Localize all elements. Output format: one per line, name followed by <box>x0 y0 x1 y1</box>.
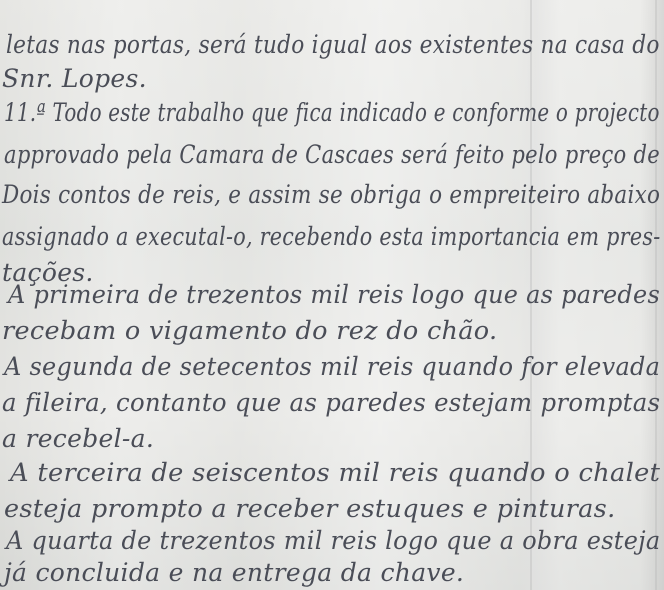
manuscript-line: assignado a executal-o, recebendo esta i… <box>2 222 660 251</box>
manuscript-line: já concluida e na entrega da chave. <box>4 558 464 587</box>
manuscript-line: letas nas portas, será tudo igual aos ex… <box>6 30 660 59</box>
manuscript-line: esteja prompto a receber estuques e pint… <box>4 494 615 523</box>
manuscript-page: letas nas portas, será tudo igual aos ex… <box>0 0 664 590</box>
manuscript-line: A terceira de seiscentos mil reis quando… <box>10 458 660 487</box>
manuscript-line: A segunda de setecentos mil reis quando … <box>4 352 660 381</box>
manuscript-line: Snr. Lopes. <box>2 64 147 93</box>
manuscript-line: a fileira, contanto que as paredes estej… <box>2 388 660 417</box>
manuscript-line: recebam o vigamento do rez do chão. <box>2 316 497 345</box>
manuscript-line: A primeira de trezentos mil reis logo qu… <box>8 280 660 309</box>
manuscript-line: a recebel-a. <box>2 424 154 453</box>
manuscript-line: Dois contos de reis, e assim se obriga o… <box>2 180 660 209</box>
manuscript-line: approvado pela Camara de Cascaes será fe… <box>4 140 660 169</box>
manuscript-line: 11.ª Todo este trabalho que fica indicad… <box>4 98 660 127</box>
manuscript-line: A quarta de trezentos mil reis logo que … <box>6 526 660 555</box>
